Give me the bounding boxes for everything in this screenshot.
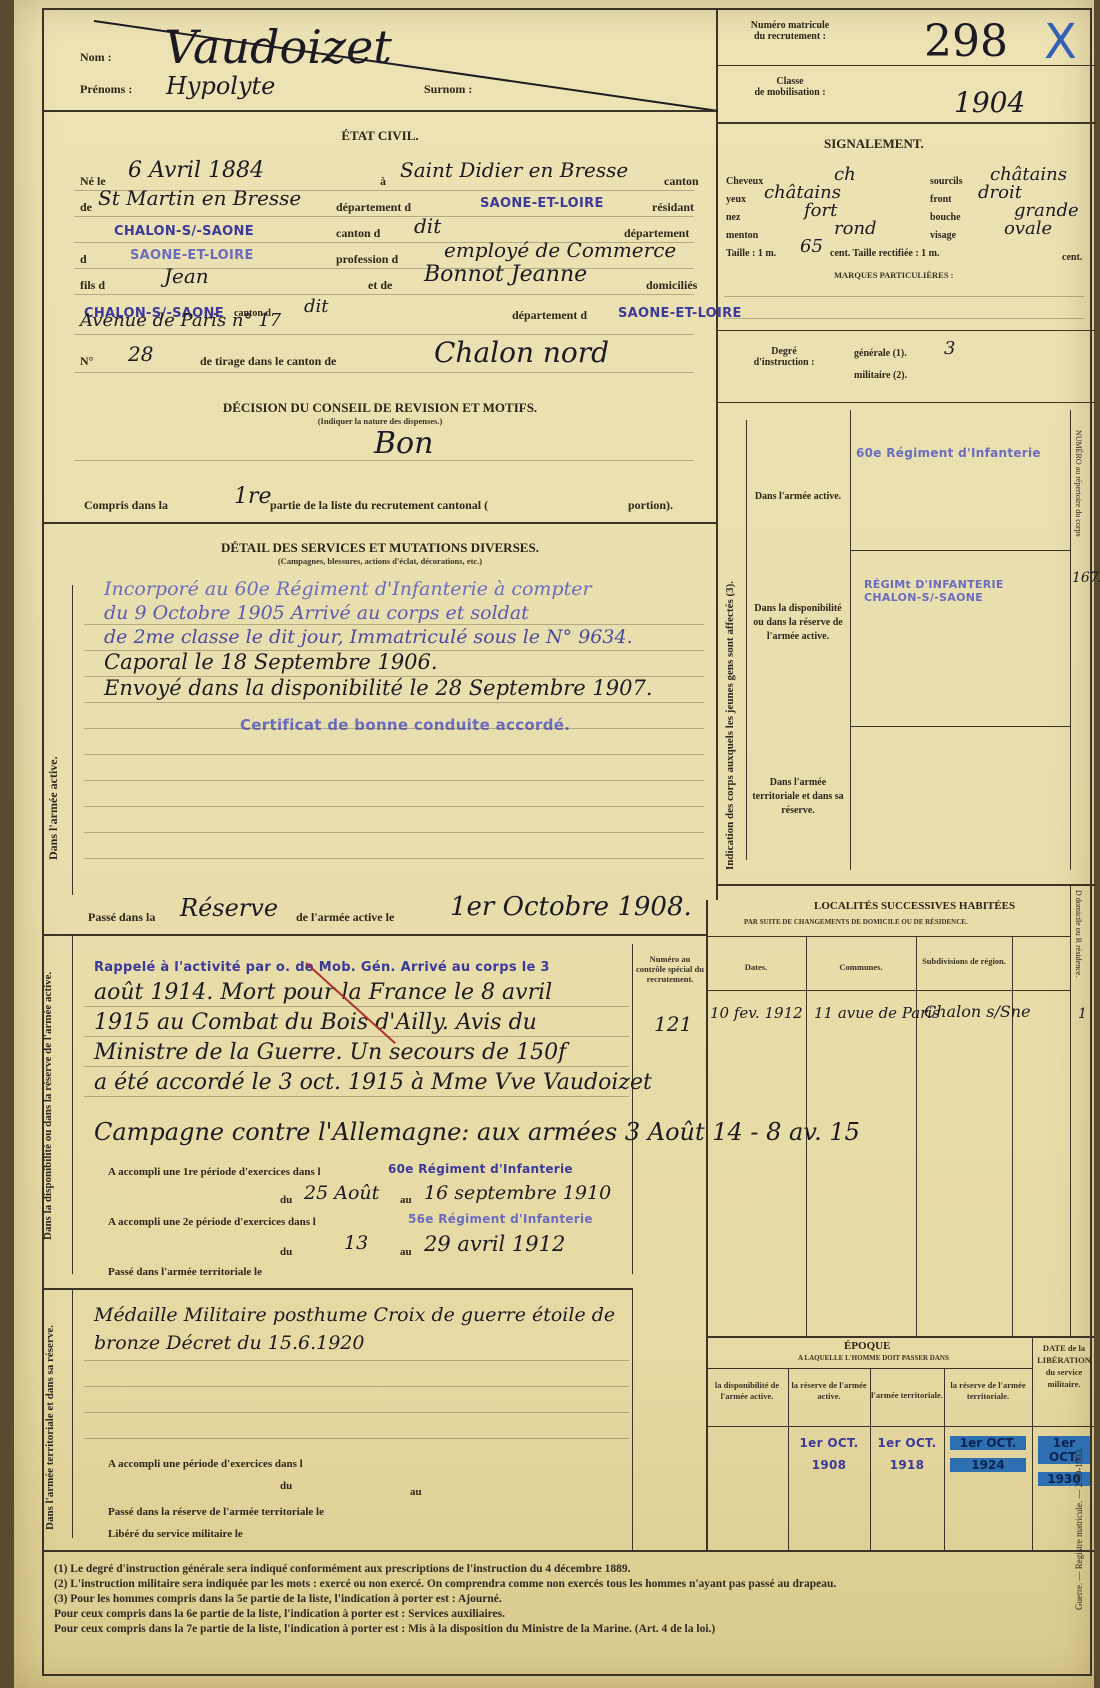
periode1-au-label: au <box>400 1194 412 1206</box>
localites-header-communes: Communes. <box>806 962 916 972</box>
canton-de-label: canton d <box>336 226 380 241</box>
service-line-4: Caporal le 18 Septembre 1906. <box>104 650 438 674</box>
birth-date: 6 Avril 1884 <box>128 158 264 183</box>
territoriale-line-2: bronze Décret du 15.6.1920 <box>94 1332 364 1354</box>
corps-row-2-value: RÉGIMt D'INFANTERIE CHALON-S/-SAONE <box>864 578 1064 604</box>
menton-value: rond <box>834 218 877 239</box>
side-label-territoriale: Dans l'armée territoriale et dans sa rés… <box>44 1330 56 1530</box>
generale-label: générale (1). <box>854 348 907 359</box>
record-frame: Nom : Vaudoizet Prénoms : Hypolyte Surno… <box>42 8 1092 1676</box>
marques-label: MARQUES PARTICULIÈRES : <box>834 270 954 280</box>
portion-label: portion). <box>628 498 673 513</box>
a-label: à <box>380 174 386 189</box>
localites-code-label: D domicile ou R résidence. <box>1074 890 1083 980</box>
header-divider <box>716 65 1096 66</box>
revision-title: DÉCISION DU CONSEIL DE REVISION ET MOTIF… <box>44 400 716 416</box>
periode1-unit-stamp: 60e Régiment d'Infanterie <box>388 1162 573 1176</box>
periode2-du: 13 <box>344 1232 368 1254</box>
footnote-2: (2) L'instruction militaire sera indiqué… <box>54 1577 1074 1592</box>
fils-de-label: fils d <box>80 278 105 293</box>
numero-tirage: 28 <box>128 342 153 366</box>
de-label-2: d <box>80 252 87 267</box>
passe-date: 1er Octobre 1908. <box>450 892 692 922</box>
epoque-header-reserve-territoriale: la réserve de l'armée territoriale. <box>944 1380 1032 1402</box>
territoriale-periode-label: A accompli une période d'exercices dans … <box>108 1458 303 1470</box>
tirage-label: de tirage dans le canton de <box>200 354 336 369</box>
periode1-du: 25 Août <box>304 1182 379 1204</box>
passe-suffix: de l'armée active le <box>296 910 394 925</box>
epoque-reserve-territoriale-line1: 1er OCT. <box>950 1436 1026 1450</box>
prenoms-label: Prénoms : <box>80 82 132 97</box>
record-sheet: Nom : Vaudoizet Prénoms : Hypolyte Surno… <box>14 0 1094 1688</box>
epoque-reserve-territoriale-date: 1er OCT. 1924 <box>950 1436 1026 1472</box>
yeux-label: yeux <box>726 194 746 205</box>
birth-place: Saint Didier en Bresse <box>400 158 628 182</box>
taille-suffix: cent. Taille rectifiée : 1 m. <box>830 248 940 259</box>
footnote-4: Pour ceux compris dans la 6e partie de l… <box>54 1607 1074 1622</box>
reserve-line-5: a été accordé le 3 oct. 1915 à Mme Vve V… <box>94 1070 652 1095</box>
corps-numero-label: NUMÉRO au répertoire du corps <box>1074 430 1083 530</box>
footnote-3: (3) Pour les hommes compris dans la 5e p… <box>54 1592 1074 1607</box>
localites-title: LOCALITÉS SUCCESSIVES HABITÉES <box>814 900 1015 912</box>
localites-row-commune: 11 avue de Paris <box>814 1004 940 1022</box>
footnote-1: (1) Le degré d'instruction générale sera… <box>54 1562 1074 1577</box>
localites-header-subdivisions: Subdivisions de région. <box>916 956 1012 966</box>
etat-civil-title: ÉTAT CIVIL. <box>44 128 716 144</box>
matricule-label-1: Numéro matricule <box>730 20 850 31</box>
periode1-label: A accompli une 1re période d'exercices d… <box>108 1166 321 1178</box>
bouche-label: bouche <box>930 212 961 223</box>
periode2-du-label: du <box>280 1246 292 1258</box>
et-de-label: et de <box>368 278 392 293</box>
tirage-canton: Chalon nord <box>434 336 609 369</box>
classe-value: 1904 <box>954 86 1025 119</box>
epoque-subtitle: A LAQUELLE L'HOMME DOIT PASSER DANS <box>798 1354 949 1362</box>
epoque-title: ÉPOQUE <box>844 1340 890 1352</box>
services-title: DÉTAIL DES SERVICES ET MUTATIONS DIVERSE… <box>44 540 716 556</box>
front-label: front <box>930 194 951 205</box>
matricule-value: 298 <box>924 16 1008 67</box>
matricule-label: Numéro matricule du recrutement : <box>730 20 850 42</box>
periode2-au: 29 avril 1912 <box>424 1232 565 1256</box>
parents-canton: dit <box>304 296 329 317</box>
margin-note: Guerre. — Registre matricule. — 2-89-190… <box>1074 1390 1084 1610</box>
revision-bottom <box>44 522 716 524</box>
localites-row-date: 10 fev. 1912 <box>710 1004 803 1022</box>
parents-address: Avenue de Paris n° 17 <box>80 310 281 331</box>
epoque-reserve-territoriale-line2: 1924 <box>950 1458 1026 1472</box>
profession-value: employé de Commerce <box>444 238 676 262</box>
corps-row-2-numero: 16721 <box>1072 570 1100 586</box>
sourcils-label: sourcils <box>930 176 963 187</box>
corps-row-3-label: Dans l'armée territoriale et dans sa rés… <box>750 776 846 818</box>
territoriale-au-label: au <box>410 1486 422 1498</box>
nom-label: Nom : <box>80 50 112 65</box>
column-divider-lower <box>706 900 708 1550</box>
epoque-reserve-active-line2: 1908 <box>788 1458 870 1472</box>
epoque-territoriale-line2: 1918 <box>870 1458 944 1472</box>
periode2-au-label: au <box>400 1246 412 1258</box>
taille-suffix2: cent. <box>1062 252 1082 263</box>
matricule-label-2: du recrutement : <box>730 31 850 42</box>
epoque-header-reserve-active: la réserve de l'armée active. <box>788 1380 870 1402</box>
signalement-title: SIGNALEMENT. <box>824 136 924 152</box>
canton-label: canton <box>664 174 699 189</box>
classe-label: Classe de mobilisation : <box>730 76 850 98</box>
periode1-au: 16 septembre 1910 <box>424 1182 611 1204</box>
surnom-label: Surnom : <box>424 82 472 97</box>
residant-label: résidant <box>652 200 694 215</box>
territoriale-label: Passé dans l'armée territoriale le <box>108 1266 262 1278</box>
taille-label: Taille : 1 m. <box>726 248 776 259</box>
corps-row-1-value: 60e Régiment d'Infanterie <box>856 446 1041 460</box>
generale-value: 3 <box>944 338 955 359</box>
side-label-reserve: Dans la disponibilité ou dans la réserve… <box>42 970 54 1240</box>
footnote-5: Pour ceux compris dans la 7e partie de l… <box>54 1622 1074 1637</box>
localites-subtitle: PAR SUITE DE CHANGEMENTS DE DOMICILE OU … <box>744 918 968 926</box>
controle-value: 121 <box>654 1012 692 1036</box>
domicilies-label: domiciliés <box>646 278 697 293</box>
periode2-unit-stamp: 56e Régiment d'Infanterie <box>408 1212 593 1226</box>
service-line-6: Certificat de bonne conduite accordé. <box>240 716 570 734</box>
controle-header: Numéro au contrôle spécial du recrutemen… <box>636 954 704 984</box>
services-bottom <box>44 934 706 936</box>
passe-value: Réserve <box>180 894 278 922</box>
side-label-active: Dans l'armée active. <box>46 660 61 860</box>
territoriale-libere-label: Libéré du service militaire le <box>108 1528 243 1540</box>
classe-label-1: Classe <box>730 76 850 87</box>
numero-label: N° <box>80 354 93 369</box>
reserve-line-6: Campagne contre l'Allemagne: aux armées … <box>94 1118 860 1146</box>
footnotes: (1) Le degré d'instruction générale sera… <box>54 1562 1074 1637</box>
residence-city-stamp: CHALON-S/-SAONE <box>114 224 254 239</box>
nez-label: nez <box>726 212 740 223</box>
mother-name: Bonnot Jeanne <box>424 262 587 287</box>
prenoms-value: Hypolyte <box>166 72 275 100</box>
menton-label: menton <box>726 230 758 241</box>
militaire-label: militaire (2). <box>854 370 907 381</box>
reserve-line-2: août 1914. Mort pour la France le 8 avri… <box>94 980 552 1005</box>
periode2-label: A accompli une 2e période d'exercices da… <box>108 1216 316 1228</box>
reserve-bottom <box>44 1288 632 1290</box>
departement-label: département d <box>336 200 411 215</box>
visage-value: ovale <box>1004 218 1052 239</box>
cheveux-label: Cheveux <box>726 176 763 187</box>
territoriale-reserve-label: Passé dans la réserve de l'armée territo… <box>108 1506 324 1518</box>
parents-departement-label: département d <box>512 308 587 323</box>
periode1-du-label: du <box>280 1194 292 1206</box>
birth-canton: St Martin en Bresse <box>98 186 301 210</box>
service-line-2: du 9 Octobre 1905 Arrivé au corps et sol… <box>104 602 529 624</box>
profession-label: profession d <box>336 252 398 267</box>
instruction-label-1: Degré <box>744 346 824 357</box>
main-bottom <box>44 1550 1094 1552</box>
reserve-line-4: Ministre de la Guerre. Un secours de 150… <box>94 1040 566 1065</box>
service-line-3: de 2me classe le dit jour, Immatriculé s… <box>104 626 633 648</box>
territoriale-du-label: du <box>280 1480 292 1492</box>
epoque-header-disponibilite: la disponibilité de l'armée active. <box>706 1380 788 1402</box>
matricule-mark: X <box>1044 14 1077 70</box>
localites-header-dates: Dates. <box>706 962 806 972</box>
corps-row-1-label: Dans l'armée active. <box>750 490 846 504</box>
epoque-reserve-active-date: 1er OCT. 1908 <box>788 1436 870 1472</box>
compris-label: Compris dans la <box>84 498 168 513</box>
instruction-label: Degré d'instruction : <box>744 346 824 368</box>
services-subtitle: (Campagnes, blessures, actions d'éclat, … <box>44 556 716 566</box>
de-label: de <box>80 200 92 215</box>
epoque-territoriale-line1: 1er OCT. <box>870 1436 944 1450</box>
birth-departement-stamp: SAONE-ET-LOIRE <box>480 196 604 211</box>
revision-decision: Bon <box>374 426 433 461</box>
visage-label: visage <box>930 230 956 241</box>
residence-departement-stamp: SAONE-ET-LOIRE <box>130 248 254 263</box>
passe-label: Passé dans la <box>88 910 155 925</box>
column-divider <box>716 10 718 900</box>
compris-suffix: partie de la liste du recrutement canton… <box>270 498 488 513</box>
classe-bottom <box>716 122 1096 124</box>
taille-value: 65 <box>800 236 823 257</box>
service-line-5: Envoyé dans la disponibilité le 28 Septe… <box>104 676 653 700</box>
father-name: Jean <box>164 264 209 288</box>
epoque-territoriale-date: 1er OCT. 1918 <box>870 1436 944 1472</box>
localites-row-subdivision: Chalon s/Sne <box>924 1002 1031 1021</box>
reserve-line-1: Rappelé à l'activité par o. de Mob. Gén.… <box>94 960 550 975</box>
localites-row-code: 1 <box>1078 1006 1087 1022</box>
instruction-label-2: d'instruction : <box>744 357 824 368</box>
compris-value: 1re <box>234 484 272 509</box>
header-bottom <box>44 110 716 112</box>
nez-value: fort <box>804 200 837 221</box>
residence-canton: dit <box>414 214 441 238</box>
service-line-1: Incorporé au 60e Régiment d'Infanterie à… <box>104 578 592 600</box>
corps-side-label: Indication des corps auxquels les jeunes… <box>724 430 736 870</box>
territoriale-line-1: Médaille Militaire posthume Croix de gue… <box>94 1304 615 1326</box>
epoque-date-title: DATE de la LIBÉRATION du service militai… <box>1034 1342 1094 1390</box>
corps-row-2-label: Dans la disponibilité ou dans la réserve… <box>750 602 846 644</box>
classe-label-2: de mobilisation : <box>730 87 850 98</box>
revision-subtitle: (Indiquer la nature des dispenses.) <box>44 416 716 426</box>
epoque-header-territoriale: l'armée territoriale. <box>870 1390 944 1401</box>
reserve-line-3: 1915 au Combat du Bois d'Ailly. Avis du <box>94 1010 537 1035</box>
epoque-reserve-active-line1: 1er OCT. <box>788 1436 870 1450</box>
